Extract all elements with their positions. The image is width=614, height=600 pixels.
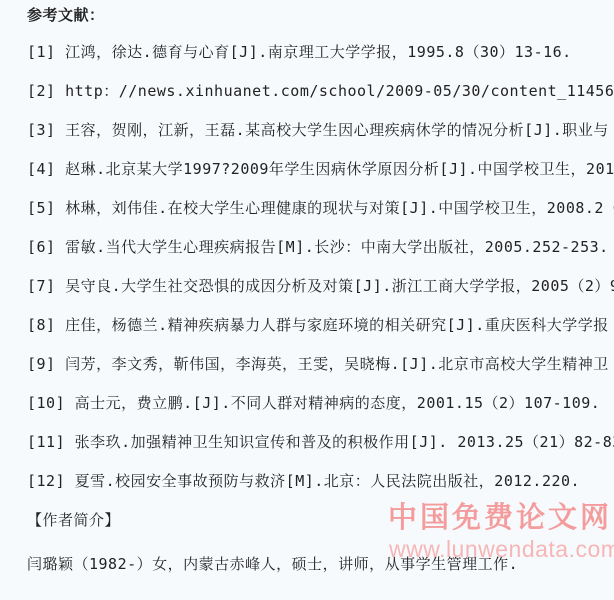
reference-item-8: [8] 庄佳，杨德兰.精神疾病暴力人群与家庭环境的相关研究[J].重庆医科大学学… [27, 318, 609, 333]
reference-item-4: [4] 赵琳.北京某大学1997?2009年学生因病休学原因分析[J].中国学校… [27, 162, 614, 177]
reference-item-2: [2] http：//news.xinhuanet.com/school/200… [27, 84, 614, 99]
author-section-heading: 【作者简介】 [27, 513, 120, 528]
reference-item-10: [10] 高士元，费立鹏.[J].不同人群对精神病的态度，2001.15（2）1… [27, 396, 600, 411]
reference-item-9: [9] 闫芳，李文秀，靳伟国，李海英，王雯，吴晓梅.[J].北京市高校大学生精神… [27, 357, 609, 372]
reference-item-7: [7] 吴守良.大学生社交恐惧的成因分析及对策[J].浙江工商大学学报，2005… [27, 279, 614, 294]
reference-item-1: [1] 江鸿，徐达.德育与心育[J].南京理工大学学报，1995.8（30）13… [27, 45, 572, 60]
document-page: 参考文献： [1] 江鸿，徐达.德育与心育[J].南京理工大学学报，1995.8… [0, 0, 614, 600]
watermark-site-url: www.lunwendata.com [389, 538, 614, 561]
reference-item-3: [3] 王容，贺刚，江新，王磊.某高校大学生因心理疾病休学的情况分析[J].职业… [27, 123, 609, 138]
watermark-site-name: 中国免费论文网 [388, 503, 612, 532]
reference-item-5: [5] 林琳，刘伟佳.在校大学生心理健康的现状与对策[J].中国学校卫生，200… [27, 201, 614, 216]
reference-item-12: [12] 夏雪.校园安全事故预防与救济[M].北京：人民法院出版社，2012.2… [27, 474, 580, 489]
reference-item-6: [6] 雷敏.当代大学生心理疾病报告[M].长沙：中南大学出版社，2005.25… [27, 240, 609, 255]
reference-item-11: [11] 张李玖.加强精神卫生知识宣传和普及的积极作用[J]. 2013.25（… [27, 435, 614, 450]
references-heading: 参考文献： [27, 8, 105, 23]
